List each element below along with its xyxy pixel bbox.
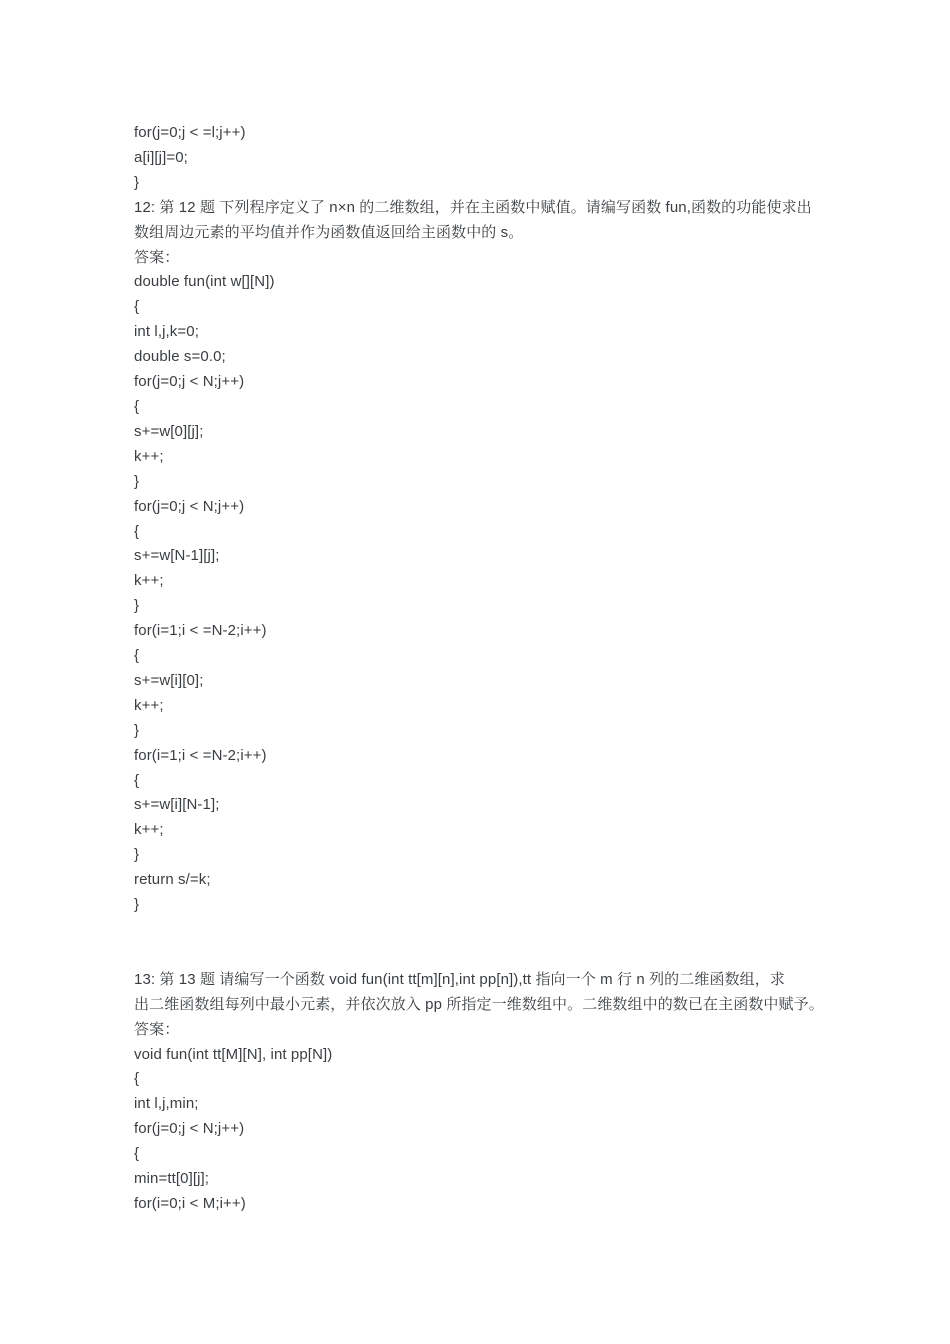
label-line: 答案： <box>134 246 826 271</box>
question-line: 数组周边元素的平均值并作为函数值返回给主函数中的 s。 <box>134 221 826 246</box>
code-line: double fun(int w[][N]) <box>134 270 826 295</box>
code-line: k++; <box>134 818 826 843</box>
code-line: { <box>134 1067 826 1092</box>
blank-line <box>134 943 826 968</box>
code-line: } <box>134 893 826 918</box>
document-page: for(j=0;j < =l;j++)a[i][j]=0;}12: 第 12 题… <box>134 121 826 1217</box>
label-line: 答案： <box>134 1018 826 1043</box>
code-line: void fun(int tt[M][N], int pp[N]) <box>134 1043 826 1068</box>
code-line: { <box>134 644 826 669</box>
code-line: k++; <box>134 569 826 594</box>
code-line: for(j=0;j < N;j++) <box>134 1117 826 1142</box>
code-line: { <box>134 395 826 420</box>
code-line: s+=w[i][N-1]; <box>134 793 826 818</box>
code-line: } <box>134 171 826 196</box>
code-line: for(j=0;j < N;j++) <box>134 370 826 395</box>
code-line: s+=w[N-1][j]; <box>134 544 826 569</box>
code-line: for(i=1;i < =N-2;i++) <box>134 619 826 644</box>
code-line: { <box>134 295 826 320</box>
code-line: } <box>134 719 826 744</box>
code-line: { <box>134 1142 826 1167</box>
code-line: for(i=1;i < =N-2;i++) <box>134 744 826 769</box>
code-line: { <box>134 769 826 794</box>
code-line: int l,j,k=0; <box>134 320 826 345</box>
code-line: a[i][j]=0; <box>134 146 826 171</box>
code-line: int l,j,min; <box>134 1092 826 1117</box>
code-line: for(j=0;j < N;j++) <box>134 495 826 520</box>
code-line: } <box>134 470 826 495</box>
code-line: for(i=0;i < M;i++) <box>134 1192 826 1217</box>
code-line: { <box>134 520 826 545</box>
document-lines: for(j=0;j < =l;j++)a[i][j]=0;}12: 第 12 题… <box>134 121 826 1217</box>
question-line: 13: 第 13 题 请编写一个函数 void fun(int tt[m][n]… <box>134 968 826 993</box>
question-line: 12: 第 12 题 下列程序定义了 n×n 的二维数组，并在主函数中赋值。请编… <box>134 196 826 221</box>
code-line: } <box>134 594 826 619</box>
code-line: s+=w[i][0]; <box>134 669 826 694</box>
question-line: 出二维函数组每列中最小元素，并依次放入 pp 所指定一维数组中。二维数组中的数已… <box>134 993 826 1018</box>
blank-line <box>134 918 826 943</box>
code-line: min=tt[0][j]; <box>134 1167 826 1192</box>
code-line: for(j=0;j < =l;j++) <box>134 121 826 146</box>
code-line: return s/=k; <box>134 868 826 893</box>
code-line: k++; <box>134 445 826 470</box>
code-line: } <box>134 843 826 868</box>
code-line: s+=w[0][j]; <box>134 420 826 445</box>
code-line: k++; <box>134 694 826 719</box>
code-line: double s=0.0; <box>134 345 826 370</box>
